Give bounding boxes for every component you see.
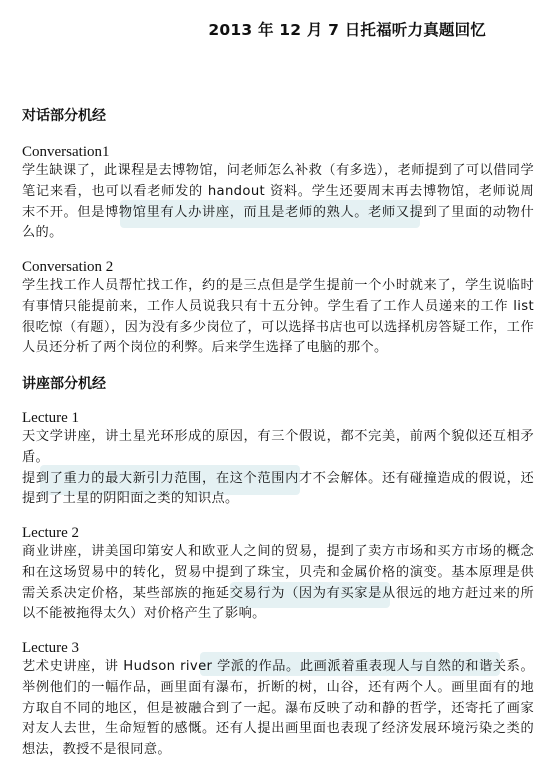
item-text: 商业讲座，讲美国印第安人和欧亚人之间的贸易，提到了卖方市场和买方市场的概念和在这…: [22, 542, 534, 625]
item-label: Conversation1: [22, 143, 534, 161]
paragraph: 提到了重力的最大新引力范围，在这个范围内才不会解体。还有碰撞造成的假说，还提到了…: [22, 469, 534, 511]
item-label: Lecture 2: [22, 524, 534, 542]
document-title: 2013 年 12 月 7 日托福听力真题回忆: [0, 18, 548, 40]
item-text: 天文学讲座，讲土星光环形成的原因，有三个假说，都不完美，前两个貌似还互相矛盾。 …: [22, 427, 534, 510]
paragraph: 天文学讲座，讲土星光环形成的原因，有三个假说，都不完美，前两个貌似还互相矛盾。: [22, 427, 534, 469]
section-heading-conversations: 对话部分机经: [22, 105, 106, 125]
conversation-2: Conversation 2 学生找工作人员帮忙找工作，约的是三点但是学生提前一…: [22, 258, 534, 359]
lecture-2: Lecture 2 商业讲座，讲美国印第安人和欧亚人之间的贸易，提到了卖方市场和…: [22, 524, 534, 625]
conversation-1: Conversation1 学生缺课了，此课程是去博物馆，问老师怎么补救（有多选…: [22, 143, 534, 244]
item-label: Conversation 2: [22, 258, 534, 276]
lecture-1: Lecture 1 天文学讲座，讲土星光环形成的原因，有三个假说，都不完美，前两…: [22, 409, 534, 510]
paragraph: 艺术史讲座，讲 Hudson river 学派的作品。此画派着重表现人与自然的和…: [22, 657, 534, 757]
paragraph: 学生缺课了，此课程是去博物馆，问老师怎么补救（有多选），老师提到了可以借同学笔记…: [22, 161, 534, 244]
item-text: 学生找工作人员帮忙找工作，约的是三点但是学生提前一个小时就来了，学生说临时有事情…: [22, 276, 534, 359]
paragraph: 学生找工作人员帮忙找工作，约的是三点但是学生提前一个小时就来了，学生说临时有事情…: [22, 276, 534, 359]
section-heading-lectures: 讲座部分机经: [22, 373, 106, 393]
item-label: Lecture 3: [22, 639, 534, 657]
paragraph: 商业讲座，讲美国印第安人和欧亚人之间的贸易，提到了卖方市场和买方市场的概念和在这…: [22, 542, 534, 625]
lecture-3: Lecture 3 艺术史讲座，讲 Hudson river 学派的作品。此画派…: [22, 639, 534, 757]
item-text: 学生缺课了，此课程是去博物馆，问老师怎么补救（有多选），老师提到了可以借同学笔记…: [22, 161, 534, 244]
item-text: 艺术史讲座，讲 Hudson river 学派的作品。此画派着重表现人与自然的和…: [22, 657, 534, 757]
item-label: Lecture 1: [22, 409, 534, 427]
